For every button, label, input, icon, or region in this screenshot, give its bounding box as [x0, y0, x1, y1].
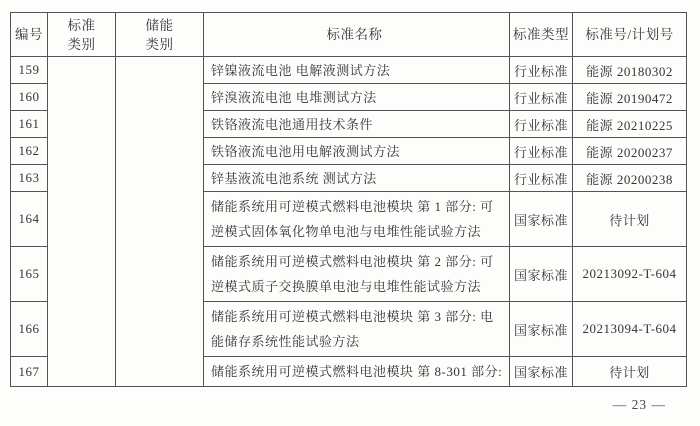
row-type-cell: 行业标准 [510, 57, 573, 84]
header-storage-category: 储能 类别 [116, 13, 204, 57]
header-id: 编号 [11, 13, 48, 57]
header-name: 标准名称 [204, 13, 510, 57]
row-number-cell: 待计划 [573, 192, 687, 247]
row-type-cell: 行业标准 [510, 165, 573, 192]
header-std-category: 标准 类别 [48, 13, 116, 57]
row-name-cell: 储能系统用可逆模式燃料电池模块 第 3 部分: 电能储存系统性能试验方法 [204, 302, 510, 357]
row-number-cell: 待计划 [573, 357, 687, 387]
row-id-cell: 166 [11, 302, 48, 357]
std-category-merged-cell [48, 57, 116, 387]
row-id-cell: 159 [11, 57, 48, 84]
row-id-cell: 167 [11, 357, 48, 387]
row-id-cell: 164 [11, 192, 48, 247]
row-type-cell: 国家标准 [510, 302, 573, 357]
row-id-cell: 163 [11, 165, 48, 192]
row-name-cell: 铁铬液流电池用电解液测试方法 [204, 138, 510, 165]
row-name-cell: 锌镍液流电池 电解液测试方法 [204, 57, 510, 84]
row-id-cell: 165 [11, 247, 48, 302]
row-type-cell: 国家标准 [510, 357, 573, 387]
row-type-cell: 行业标准 [510, 111, 573, 138]
row-number-cell: 能源 20190472 [573, 84, 687, 111]
storage-category-merged-cell [116, 57, 204, 387]
scanned-document-page: 编号 标准 类别 储能 类别 标准名称 标准类型 标准号/计划号 159 锌镍液… [0, 0, 700, 426]
row-name-cell: 储能系统用可逆模式燃料电池模块 第 2 部分: 可逆模式质子交换膜单电池与电堆性… [204, 247, 510, 302]
row-number-cell: 能源 20180302 [573, 57, 687, 84]
row-id-cell: 161 [11, 111, 48, 138]
row-number-cell: 能源 20210225 [573, 111, 687, 138]
row-type-cell: 行业标准 [510, 138, 573, 165]
row-number-cell: 能源 20200237 [573, 138, 687, 165]
row-name-cell: 锌溴液流电池 电堆测试方法 [204, 84, 510, 111]
row-name-cell: 铁铬液流电池通用技术条件 [204, 111, 510, 138]
row-type-cell: 国家标准 [510, 247, 573, 302]
row-type-cell: 国家标准 [510, 192, 573, 247]
row-name-cell: 储能系统用可逆模式燃料电池模块 第 8-301 部分: [204, 357, 510, 387]
row-id-cell: 162 [11, 138, 48, 165]
row-number-cell: 20213094-T-604 [573, 302, 687, 357]
row-type-cell: 行业标准 [510, 84, 573, 111]
row-name-cell: 储能系统用可逆模式燃料电池模块 第 1 部分: 可逆模式固体氧化物单电池与电堆性… [204, 192, 510, 247]
row-number-cell: 能源 20200238 [573, 165, 687, 192]
row-id-cell: 160 [11, 84, 48, 111]
row-number-cell: 20213092-T-604 [573, 247, 687, 302]
row-name-cell: 锌基液流电池系统 测试方法 [204, 165, 510, 192]
standards-table: 编号 标准 类别 储能 类别 标准名称 标准类型 标准号/计划号 159 锌镍液… [10, 12, 687, 387]
header-type: 标准类型 [510, 13, 573, 57]
page-number: — 23 — [613, 397, 666, 413]
header-number: 标准号/计划号 [573, 13, 687, 57]
